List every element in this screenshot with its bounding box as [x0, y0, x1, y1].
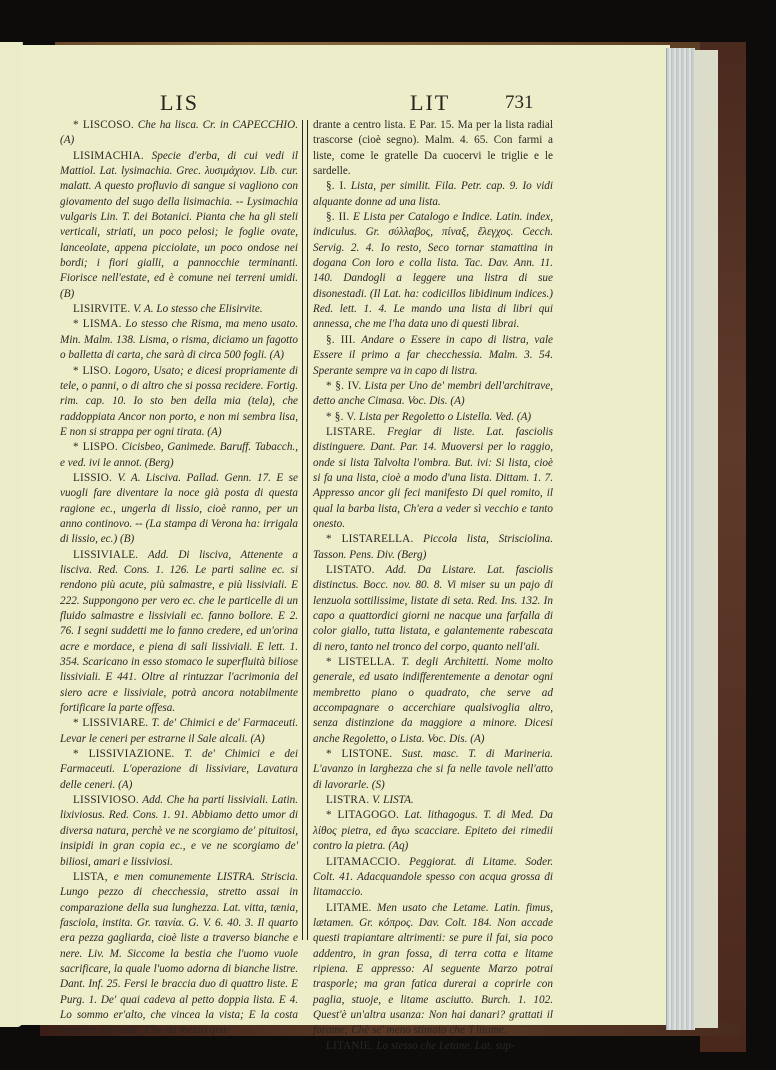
entry: * LITAGOGO. Lat. lithagogus. T. di Med. … [313, 808, 553, 854]
entry: LITAME. Men usato che Letame. Latin. fim… [313, 901, 553, 1039]
entry-headword: * §. IV. [326, 380, 361, 392]
entry-headword: §. I. [326, 180, 346, 192]
entry-text: Men usato che Letame. Latin. fimus, læta… [313, 902, 553, 1037]
entry-headword: * LISO. [73, 365, 111, 377]
entry-text: Lista, per similit. Fila. Petr. cap. 9. … [313, 180, 553, 207]
entry-text: Add. Di lisciva, Attenente a lisciva. Re… [60, 549, 298, 714]
entry: §. II. E Lista per Catalogo e Indice. La… [313, 210, 553, 333]
entry-headword: * LISMA. [73, 318, 122, 330]
entry-headword: LISTA, [73, 871, 108, 883]
entry-text: Lista per Regoletto o Listella. Ved. (A) [359, 411, 531, 423]
entry: * §. IV. Lista per Uno de' membri dell'a… [313, 379, 553, 410]
entry: LISTARE. Fregiar di liste. Lat. fascioli… [313, 425, 553, 532]
entry-text: Specie d'erba, di cui vedi il Mattiol. L… [60, 150, 298, 300]
entry: * §. V. Lista per Regoletto o Listella. … [313, 410, 553, 425]
entry-headword: LISIMACHIA. [73, 150, 144, 162]
entry-text: E Lista per Catalogo e Indice. Latin. in… [313, 211, 553, 330]
entry-text: Add. Da Listare. Lat. fasciolis distinct… [313, 564, 553, 653]
entry: LISTRA. V. LISTA. [313, 793, 553, 808]
entry-headword: LISSIVIOSO. [73, 794, 139, 806]
entry: LITAMACCIO. Peggiorat. di Litame. Soder.… [313, 855, 553, 901]
entry: LISSIO. V. A. Liscivа. Pallad. Genn. 17.… [60, 471, 298, 548]
entry: §. III. Andare o Essere in capo di listr… [313, 333, 553, 379]
entry: * LISTELLA. T. degli Architetti. Nome mo… [313, 655, 553, 747]
flyleaf-edge [694, 50, 718, 1028]
entry: * LISO. Logoro, Usato; e dicesi propriam… [60, 364, 298, 441]
entry-headword: LITAME. [326, 902, 372, 914]
entry: * LISPO. Cicisbeo, Ganimede. Baruff. Tab… [60, 440, 298, 471]
column-divider-rule [302, 120, 308, 940]
entry-headword: * LISTELLA. [326, 656, 395, 668]
entry-continuation: drante a centro lista. E Par. 15. Ma per… [313, 118, 553, 179]
entry-headword: LITAMACCIO. [326, 856, 400, 868]
entry: LISSIVIOSO. Add. Che ha parti lissiviali… [60, 793, 298, 870]
page-number: 731 [505, 92, 534, 114]
entry: * LISSIVIAZIONE. T. de' Chimici e dei Fa… [60, 747, 298, 793]
entry: * LISTARELLA. Piccola lista, Strisciolin… [313, 532, 553, 563]
entry: * LISTONE. Sust. masc. T. di Marineria. … [313, 747, 553, 793]
entry: LISIMACHIA. Specie d'erba, di cui vedi i… [60, 149, 298, 302]
entry-text: e men comunemente LISTRA. Striscia. Lung… [60, 871, 298, 1036]
entry-headword: §. II. [326, 211, 349, 223]
entry-text: V. LISTA. [372, 794, 414, 806]
entry-headword: * LITAGOGO. [326, 809, 399, 821]
page-stack-edges [666, 48, 695, 1030]
entry: LISTATO. Add. Da Listare. Lat. fasciolis… [313, 563, 553, 655]
entry-headword: §. III. [326, 334, 356, 346]
entry-text: Lo stesso che Letane. Lat. sup- [376, 1040, 514, 1052]
entry-text: T. degli Architetti. Nome molto generale… [313, 656, 553, 745]
entry: §. I. Lista, per similit. Fila. Petr. ca… [313, 179, 553, 210]
entry: * LISSIVIARE. T. de' Chimici e de' Farma… [60, 716, 298, 747]
entry: * LISCOSO. Che ha lisca. Cr. in CAPECCHI… [60, 118, 298, 149]
entry-headword: LISTARE. [326, 426, 376, 438]
entry: LISSIVIALE. Add. Di lisciva, Attenente a… [60, 548, 298, 717]
entry-headword: LISIRVITE. [73, 303, 130, 315]
entry: LISIRVITE. V. A. Lo stesso che Elisirvit… [60, 302, 298, 317]
entry: LISTA, e men comunemente LISTRA. Strisci… [60, 870, 298, 1039]
entry-headword: * §. V. [326, 411, 356, 423]
entry-headword: * LISTARELLA. [326, 533, 413, 545]
entry-headword: * LISSIVIARE. [73, 717, 148, 729]
right-column: drante a centro lista. E Par. 15. Ma per… [313, 118, 553, 1054]
entry-headword: LISTATO. [326, 564, 375, 576]
entry-headword: LISTRA. [326, 794, 369, 806]
running-head-left: LIS [160, 90, 199, 116]
left-column: * LISCOSO. Che ha lisca. Cr. in CAPECCHI… [60, 118, 298, 1039]
running-head-right: LIT [410, 90, 450, 116]
entry-text: drante a centro lista. E Par. 15. Ma per… [313, 119, 553, 177]
entry-headword: LISSIVIALE. [73, 549, 138, 561]
entry-text: V. A. Lo stesso che Elisirvite. [133, 303, 262, 315]
entry: LITANIE. Lo stesso che Letane. Lat. sup- [313, 1039, 553, 1054]
entry-headword: * LISCOSO. [73, 119, 134, 131]
entry: * LISMA. Lo stesso che Risma, ma meno us… [60, 317, 298, 363]
entry-headword: * LISPO. [73, 441, 118, 453]
entry-headword: * LISTONE. [326, 748, 392, 760]
entry-headword: * LISSIVIAZIONE. [73, 748, 174, 760]
entry-headword: LITANIE. [326, 1040, 374, 1052]
entry-text: Fregiar di liste. Lat. fasciolis disting… [313, 426, 553, 530]
entry-headword: LISSIO. [73, 472, 112, 484]
